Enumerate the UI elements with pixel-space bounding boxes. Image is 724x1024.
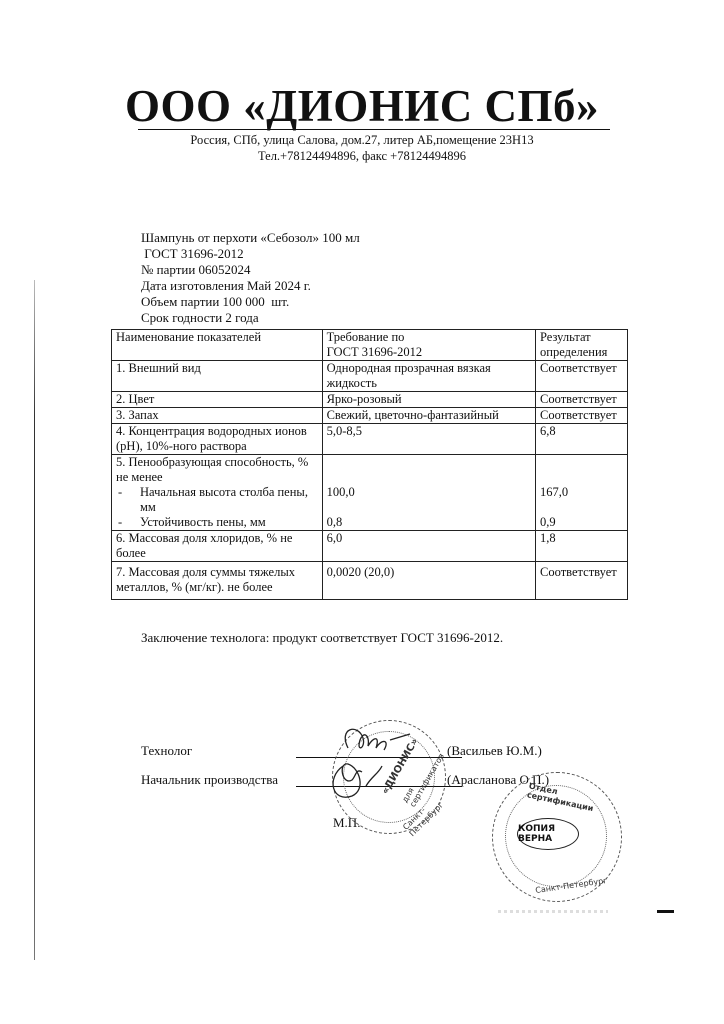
product-standard: ГОСТ 31696-2012	[141, 246, 360, 262]
company-address: Россия, СПб, улица Салова, дом.27, литер…	[0, 132, 724, 164]
table-row: 1. Внешний вид Однородная прозрачная вяз…	[112, 361, 628, 392]
header-divider	[138, 129, 610, 130]
cell-indicator: 4. Концентрация водородных ионов (pH), 1…	[112, 424, 323, 455]
scan-edge-artifact	[34, 280, 35, 960]
table-row-foaming: 5. Пенообразующая способность, % не мене…	[112, 455, 628, 531]
quality-spec-table: Наименование показателей Требование по Г…	[111, 329, 628, 600]
cell-requirement: 6,0	[322, 531, 535, 562]
table-header-row: Наименование показателей Требование по Г…	[112, 330, 628, 361]
table-row: 4. Концентрация водородных ионов (pH), 1…	[112, 424, 628, 455]
signature-role-technologist: Технолог	[141, 743, 192, 759]
cell-indicator: 6. Массовая доля хлоридов, % не более	[112, 531, 323, 562]
table-row: 3. Запах Свежий, цветочно-фантазийный Со…	[112, 408, 628, 424]
address-line: Россия, СПб, улица Салова, дом.27, литер…	[0, 132, 724, 148]
company-name: ООО «ДИОНИС СПб»	[0, 82, 724, 130]
handwritten-signatures	[318, 718, 418, 808]
cell-requirement: Свежий, цветочно-фантазийный	[322, 408, 535, 424]
sub-indicator: - Начальная высота столба пены, мм	[116, 485, 318, 515]
header-requirement: Требование по ГОСТ 31696-2012	[322, 330, 535, 361]
cell-requirement: Ярко-розовый	[322, 392, 535, 408]
cell-indicator: 2. Цвет	[112, 392, 323, 408]
cell-indicator: 1. Внешний вид	[112, 361, 323, 392]
cell-requirement: Однородная прозрачная вязкая жидкость	[322, 361, 535, 392]
manufacture-date: Дата изготовления Май 2024 г.	[141, 278, 360, 294]
shelf-life: Срок годности 2 года	[141, 310, 360, 326]
table-row: 7. Массовая доля суммы тяжелых металлов,…	[112, 562, 628, 600]
cell-result: Соответствует	[536, 562, 628, 600]
sub-indicator: - Устойчивость пены, мм	[116, 515, 318, 530]
cell-result: 1,8	[536, 531, 628, 562]
cell-result: Соответствует	[536, 361, 628, 392]
header-indicator: Наименование показателей	[112, 330, 323, 361]
cell-result: 167,0 0,9	[536, 455, 628, 531]
contacts-line: Тел.+78124494896, факс +78124494896	[0, 148, 724, 164]
cell-indicator: 3. Запах	[112, 408, 323, 424]
table-row: 2. Цвет Ярко-розовый Соответствует	[112, 392, 628, 408]
signature-role-production-head: Начальник производства	[141, 772, 278, 788]
batch-number: № партии 06052024	[141, 262, 360, 278]
cell-result: Соответствует	[536, 392, 628, 408]
batch-volume: Объем партии 100 000 шт.	[141, 294, 360, 310]
product-name: Шампунь от перхоти «Себозол» 100 мл	[141, 230, 360, 246]
cell-requirement: 100,0 0,8	[322, 455, 535, 531]
cell-requirement: 5,0-8,5	[322, 424, 535, 455]
header-result: Результат определения	[536, 330, 628, 361]
cell-requirement: 0,0020 (20,0)	[322, 562, 535, 600]
cell-result: Соответствует	[536, 408, 628, 424]
copy-verified-label: КОПИЯ ВЕРНА	[517, 818, 579, 850]
scan-dash-mark	[657, 910, 674, 913]
cell-result: 6,8	[536, 424, 628, 455]
cell-indicator: 5. Пенообразующая способность, % не мене…	[112, 455, 323, 531]
scan-smudge	[498, 910, 608, 913]
cell-indicator: 7. Массовая доля суммы тяжелых металлов,…	[112, 562, 323, 600]
technologist-conclusion: Заключение технолога: продукт соответств…	[141, 630, 503, 646]
table-row: 6. Массовая доля хлоридов, % не более 6,…	[112, 531, 628, 562]
signature-name-technologist: (Васильев Ю.М.)	[447, 743, 542, 759]
product-info: Шампунь от перхоти «Себозол» 100 мл ГОСТ…	[141, 230, 360, 326]
